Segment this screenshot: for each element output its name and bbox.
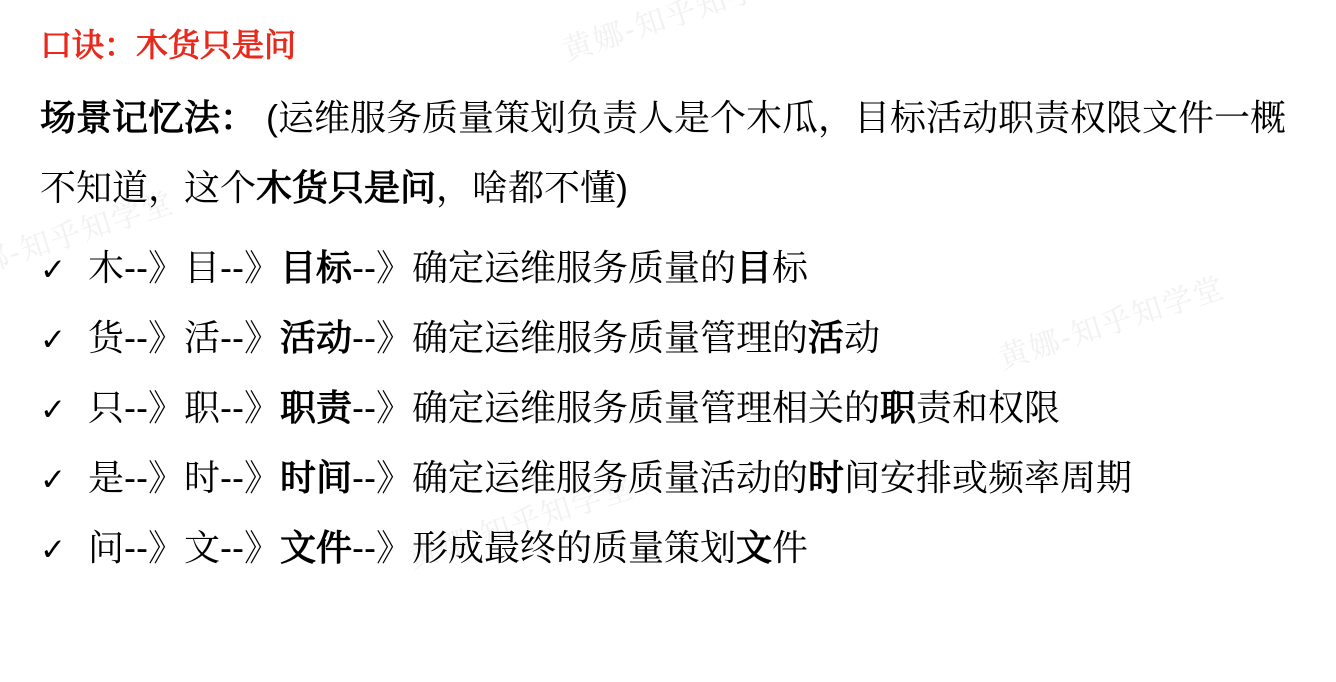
text-segment: 目标 xyxy=(280,247,352,288)
paragraph-line: 不知道，这个木货只是问，啥都不懂) xyxy=(40,153,1286,223)
text-segment: 不知道，这个 xyxy=(40,167,256,208)
list-item: ✓货--》活--》活动--》确定运维服务质量管理的活动 xyxy=(40,303,1132,373)
list-item: ✓木--》目--》目标--》确定运维服务质量的目标 xyxy=(40,233,1132,303)
text-segment: 是--》时--》 xyxy=(88,457,280,498)
text-segment: 职 xyxy=(880,387,916,428)
text-segment: 动 xyxy=(844,317,880,358)
text-segment: 只--》职--》 xyxy=(88,387,280,428)
text-segment: --》确定运维服务质量管理的 xyxy=(352,317,808,358)
text-segment: 活动 xyxy=(280,317,352,358)
text-segment: 责和权限 xyxy=(916,387,1060,428)
text-segment: --》确定运维服务质量活动的 xyxy=(352,457,808,498)
text-segment: (运维服务质量策划负责人是个木瓜，目标活动职责权限文件一概 xyxy=(256,97,1286,138)
text-segment: --》确定运维服务质量的 xyxy=(352,247,736,288)
text-segment: 货--》活--》 xyxy=(88,317,280,358)
list-item: ✓只--》职--》职责--》确定运维服务质量管理相关的职责和权限 xyxy=(40,373,1132,443)
scene-memory-paragraph: 场景记忆法： (运维服务质量策划负责人是个木瓜，目标活动职责权限文件一概不知道，… xyxy=(40,83,1286,223)
checkmark-icon: ✓ xyxy=(40,305,88,375)
text-segment: ，啥都不懂) xyxy=(436,167,628,208)
checkmark-icon: ✓ xyxy=(40,375,88,445)
watermark-text: 黄娜-知乎知学堂 xyxy=(556,0,794,69)
mnemonic-list: ✓木--》目--》目标--》确定运维服务质量的目标✓货--》活--》活动--》确… xyxy=(40,233,1132,583)
text-segment: 木--》目--》 xyxy=(88,247,280,288)
list-item: ✓是--》时--》时间--》确定运维服务质量活动的时间安排或频率周期 xyxy=(40,443,1132,513)
text-segment: 时间 xyxy=(280,457,352,498)
text-segment: 活 xyxy=(808,317,844,358)
text-segment: 时 xyxy=(808,457,844,498)
text-segment: 问--》文--》 xyxy=(88,527,280,568)
checkmark-icon: ✓ xyxy=(40,445,88,515)
text-segment: 文件 xyxy=(280,527,352,568)
text-segment: 木货只是问 xyxy=(256,167,436,208)
list-item: ✓问--》文--》文件--》形成最终的质量策划文件 xyxy=(40,513,1132,583)
paragraph-line: 场景记忆法： (运维服务质量策划负责人是个木瓜，目标活动职责权限文件一概 xyxy=(40,83,1286,153)
text-segment: 场景记忆法： xyxy=(40,97,256,138)
checkmark-icon: ✓ xyxy=(40,515,88,585)
text-segment: 间安排或频率周期 xyxy=(844,457,1132,498)
text-segment: --》确定运维服务质量管理相关的 xyxy=(352,387,880,428)
page-title: 口诀：木货只是问 xyxy=(40,23,296,67)
text-segment: 目 xyxy=(736,247,772,288)
checkmark-icon: ✓ xyxy=(40,235,88,305)
text-segment: 文 xyxy=(736,527,772,568)
text-segment: 职责 xyxy=(280,387,352,428)
text-segment: 标 xyxy=(772,247,808,288)
text-segment: --》形成最终的质量策划 xyxy=(352,527,736,568)
text-segment: 件 xyxy=(772,527,808,568)
document-page: 黄娜-知乎知学堂黄娜-知乎知学堂黄娜-知乎知学堂黄娜-知乎知学堂 口诀：木货只是… xyxy=(0,0,1336,682)
